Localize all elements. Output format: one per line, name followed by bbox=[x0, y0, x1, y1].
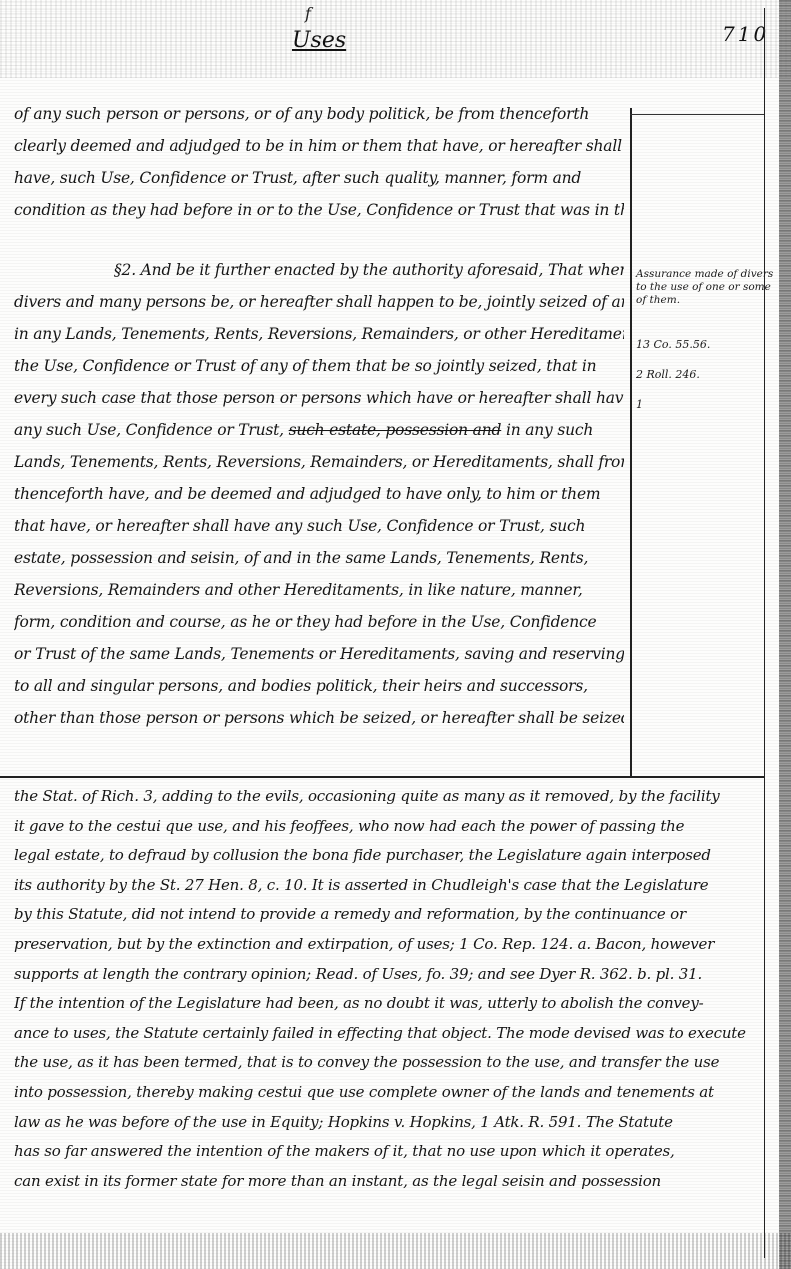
text-line: preservation, but by the extinction and … bbox=[14, 930, 754, 960]
page-number: 710 bbox=[722, 22, 769, 46]
statute-text-block-2: §2. And be it further enacted by the aut… bbox=[14, 254, 624, 734]
text-line: the Use, Confidence or Trust of any of t… bbox=[14, 350, 624, 382]
text-line: has so far answered the intention of the… bbox=[14, 1137, 754, 1167]
text-line: law as he was before of the use in Equit… bbox=[14, 1108, 754, 1138]
text-line: estate, possession and seisin, of and in… bbox=[14, 542, 624, 574]
text-line: other than those person or persons which… bbox=[14, 702, 624, 734]
text-line: to all and singular persons, and bodies … bbox=[14, 670, 624, 702]
header-mark: f bbox=[305, 4, 311, 23]
section-divider bbox=[0, 776, 764, 778]
text-segment: in any such bbox=[506, 421, 593, 439]
scan-noise-footer bbox=[0, 1233, 791, 1269]
text-line: the use, as it has been termed, that is … bbox=[14, 1048, 754, 1078]
text-line: supports at length the contrary opinion;… bbox=[14, 960, 754, 990]
margin-top-rule bbox=[630, 114, 764, 115]
margin-note: Assurance made of divers to the use of o… bbox=[636, 268, 776, 307]
text-line: by this Statute, did not intend to provi… bbox=[14, 900, 754, 930]
text-line: divers and many persons be, or hereafter… bbox=[14, 286, 624, 318]
margin-citation: 13 Co. 55.56. bbox=[636, 338, 710, 351]
text-line: clearly deemed and adjudged to be in him… bbox=[14, 130, 624, 162]
text-line: can exist in its former state for more t… bbox=[14, 1167, 754, 1197]
text-line: Lands, Tenements, Rents, Reversions, Rem… bbox=[14, 446, 624, 478]
scan-edge bbox=[779, 0, 791, 1269]
margin-rule-right bbox=[764, 8, 765, 1258]
margin-rule-left bbox=[630, 108, 632, 778]
text-line: of any such person or persons, or of any… bbox=[14, 98, 624, 130]
text-line: into possession, thereby making cestui q… bbox=[14, 1078, 754, 1108]
struck-text: such estate, possession and bbox=[289, 421, 502, 439]
text-line: If the intention of the Legislature had … bbox=[14, 989, 754, 1019]
text-line: every such case that those person or per… bbox=[14, 382, 624, 414]
scan-noise-header bbox=[0, 0, 791, 78]
statute-text-block-1: of any such person or persons, or of any… bbox=[14, 98, 624, 226]
text-line: Reversions, Remainders and other Heredit… bbox=[14, 574, 624, 606]
text-line: the Stat. of Rich. 3, adding to the evil… bbox=[14, 782, 754, 812]
text-line: or Trust of the same Lands, Tenements or… bbox=[14, 638, 624, 670]
page-title: Uses bbox=[292, 28, 346, 53]
text-line: that have, or hereafter shall have any s… bbox=[14, 510, 624, 542]
text-line-with-strikeout: any such Use, Confidence or Trust, such … bbox=[14, 414, 624, 446]
margin-citation: 1 bbox=[636, 398, 643, 411]
commentary-block: the Stat. of Rich. 3, adding to the evil… bbox=[14, 782, 754, 1196]
text-line: condition as they had before in or to th… bbox=[14, 194, 624, 226]
text-line: ance to uses, the Statute certainly fail… bbox=[14, 1019, 754, 1049]
section-heading-line: §2. And be it further enacted by the aut… bbox=[14, 254, 624, 286]
text-line: in any Lands, Tenements, Rents, Reversio… bbox=[14, 318, 624, 350]
text-segment: any such Use, Confidence or Trust, bbox=[14, 421, 284, 439]
manuscript-page: f Uses 710 of any such person or persons… bbox=[0, 0, 791, 1269]
text-line: its authority by the St. 27 Hen. 8, c. 1… bbox=[14, 871, 754, 901]
text-line: it gave to the cestui que use, and his f… bbox=[14, 812, 754, 842]
text-line: legal estate, to defraud by collusion th… bbox=[14, 841, 754, 871]
text-line: form, condition and course, as he or the… bbox=[14, 606, 624, 638]
margin-citation: 2 Roll. 246. bbox=[636, 368, 700, 381]
text-line: have, such Use, Confidence or Trust, aft… bbox=[14, 162, 624, 194]
text-line: thenceforth have, and be deemed and adju… bbox=[14, 478, 624, 510]
